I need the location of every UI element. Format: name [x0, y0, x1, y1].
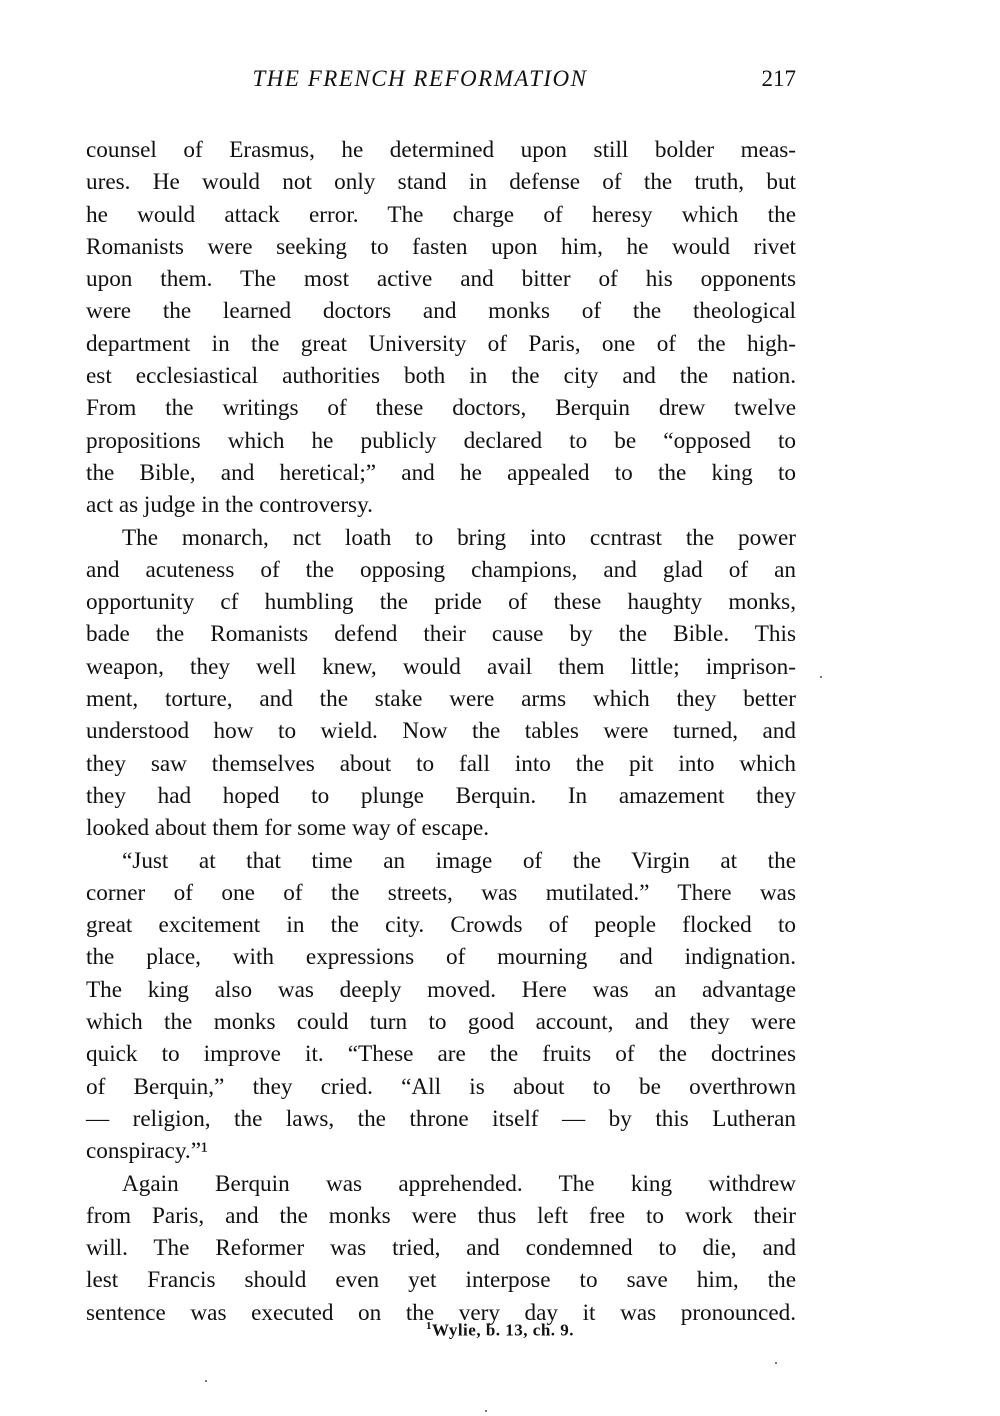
text-line: were the learned doctors and monks of th…	[86, 295, 796, 327]
footnote-text: Wylie, b. 13, ch. 9.	[432, 1321, 574, 1340]
text-line: act as judge in the controversy.	[86, 489, 796, 521]
text-line: corner of one of the streets, was mutila…	[86, 877, 796, 909]
text-line: ment, torture, and the stake were arms w…	[86, 683, 796, 715]
running-title: THE FRENCH REFORMATION	[84, 66, 796, 92]
text-line: great excitement in the city. Crowds of …	[86, 909, 796, 941]
text-line: The king also was deeply moved. Here was…	[86, 974, 796, 1006]
text-line: conspiracy.”¹	[86, 1135, 796, 1167]
text-line: from Paris, and the monks were thus left…	[86, 1200, 796, 1232]
text-line: est ecclesiastical authorities both in t…	[86, 360, 796, 392]
paragraph-1: counsel of Erasmus, he determined upon s…	[86, 134, 796, 522]
text-line: Romanists were seeking to fasten upon hi…	[86, 231, 796, 263]
text-line: opportunity cf humbling the pride of the…	[86, 586, 796, 618]
text-line: propositions which he publicly declared …	[86, 425, 796, 457]
text-line: understood how to wield. Now the tables …	[86, 715, 796, 747]
text-line: department in the great University of Pa…	[86, 328, 796, 360]
text-line: Again Berquin was apprehended. The king …	[86, 1168, 796, 1200]
text-line: will. The Reformer was tried, and condem…	[86, 1232, 796, 1264]
text-line: counsel of Erasmus, he determined upon s…	[86, 134, 796, 166]
text-line: which the monks could turn to good accou…	[86, 1006, 796, 1038]
page-number: 217	[762, 66, 797, 92]
text-line: “Just at that time an image of the Virgi…	[86, 845, 796, 877]
scan-speck	[205, 1380, 207, 1382]
text-line: looked about them for some way of escape…	[86, 812, 796, 844]
text-line: the Bible, and heretical;” and he appeal…	[86, 457, 796, 489]
paragraph-4: Again Berquin was apprehended. The king …	[86, 1168, 796, 1329]
text-line: they saw themselves about to fall into t…	[86, 748, 796, 780]
book-page: THE FRENCH REFORMATION 217 counsel of Er…	[0, 0, 1000, 1416]
text-line: lest Francis should even yet interpose t…	[86, 1264, 796, 1296]
paragraph-3: “Just at that time an image of the Virgi…	[86, 845, 796, 1168]
scan-speck	[485, 1410, 487, 1412]
text-line: weapon, they well knew, would avail them…	[86, 651, 796, 683]
scan-speck	[775, 1362, 777, 1364]
text-line: upon them. The most active and bitter of…	[86, 263, 796, 295]
text-line: bade the Romanists defend their cause by…	[86, 618, 796, 650]
text-line: From the writings of these doctors, Berq…	[86, 392, 796, 424]
footnote: 1Wylie, b. 13, ch. 9.	[0, 1320, 1000, 1341]
text-line: he would attack error. The charge of her…	[86, 199, 796, 231]
text-line: quick to improve it. “These are the frui…	[86, 1038, 796, 1070]
text-line: The monarch, nct loath to bring into ccn…	[86, 522, 796, 554]
text-line: of Berquin,” they cried. “All is about t…	[86, 1071, 796, 1103]
body-text: counsel of Erasmus, he determined upon s…	[86, 134, 796, 1329]
text-line: the place, with expressions of mourning …	[86, 941, 796, 973]
scan-speck	[820, 676, 822, 678]
text-line: — religion, the laws, the throne itself …	[86, 1103, 796, 1135]
paragraph-2: The monarch, nct loath to bring into ccn…	[86, 522, 796, 845]
text-line: they had hoped to plunge Berquin. In ama…	[86, 780, 796, 812]
text-line: ures. He would not only stand in defense…	[86, 166, 796, 198]
running-head: THE FRENCH REFORMATION 217	[84, 66, 796, 98]
text-line: and acuteness of the opposing champions,…	[86, 554, 796, 586]
